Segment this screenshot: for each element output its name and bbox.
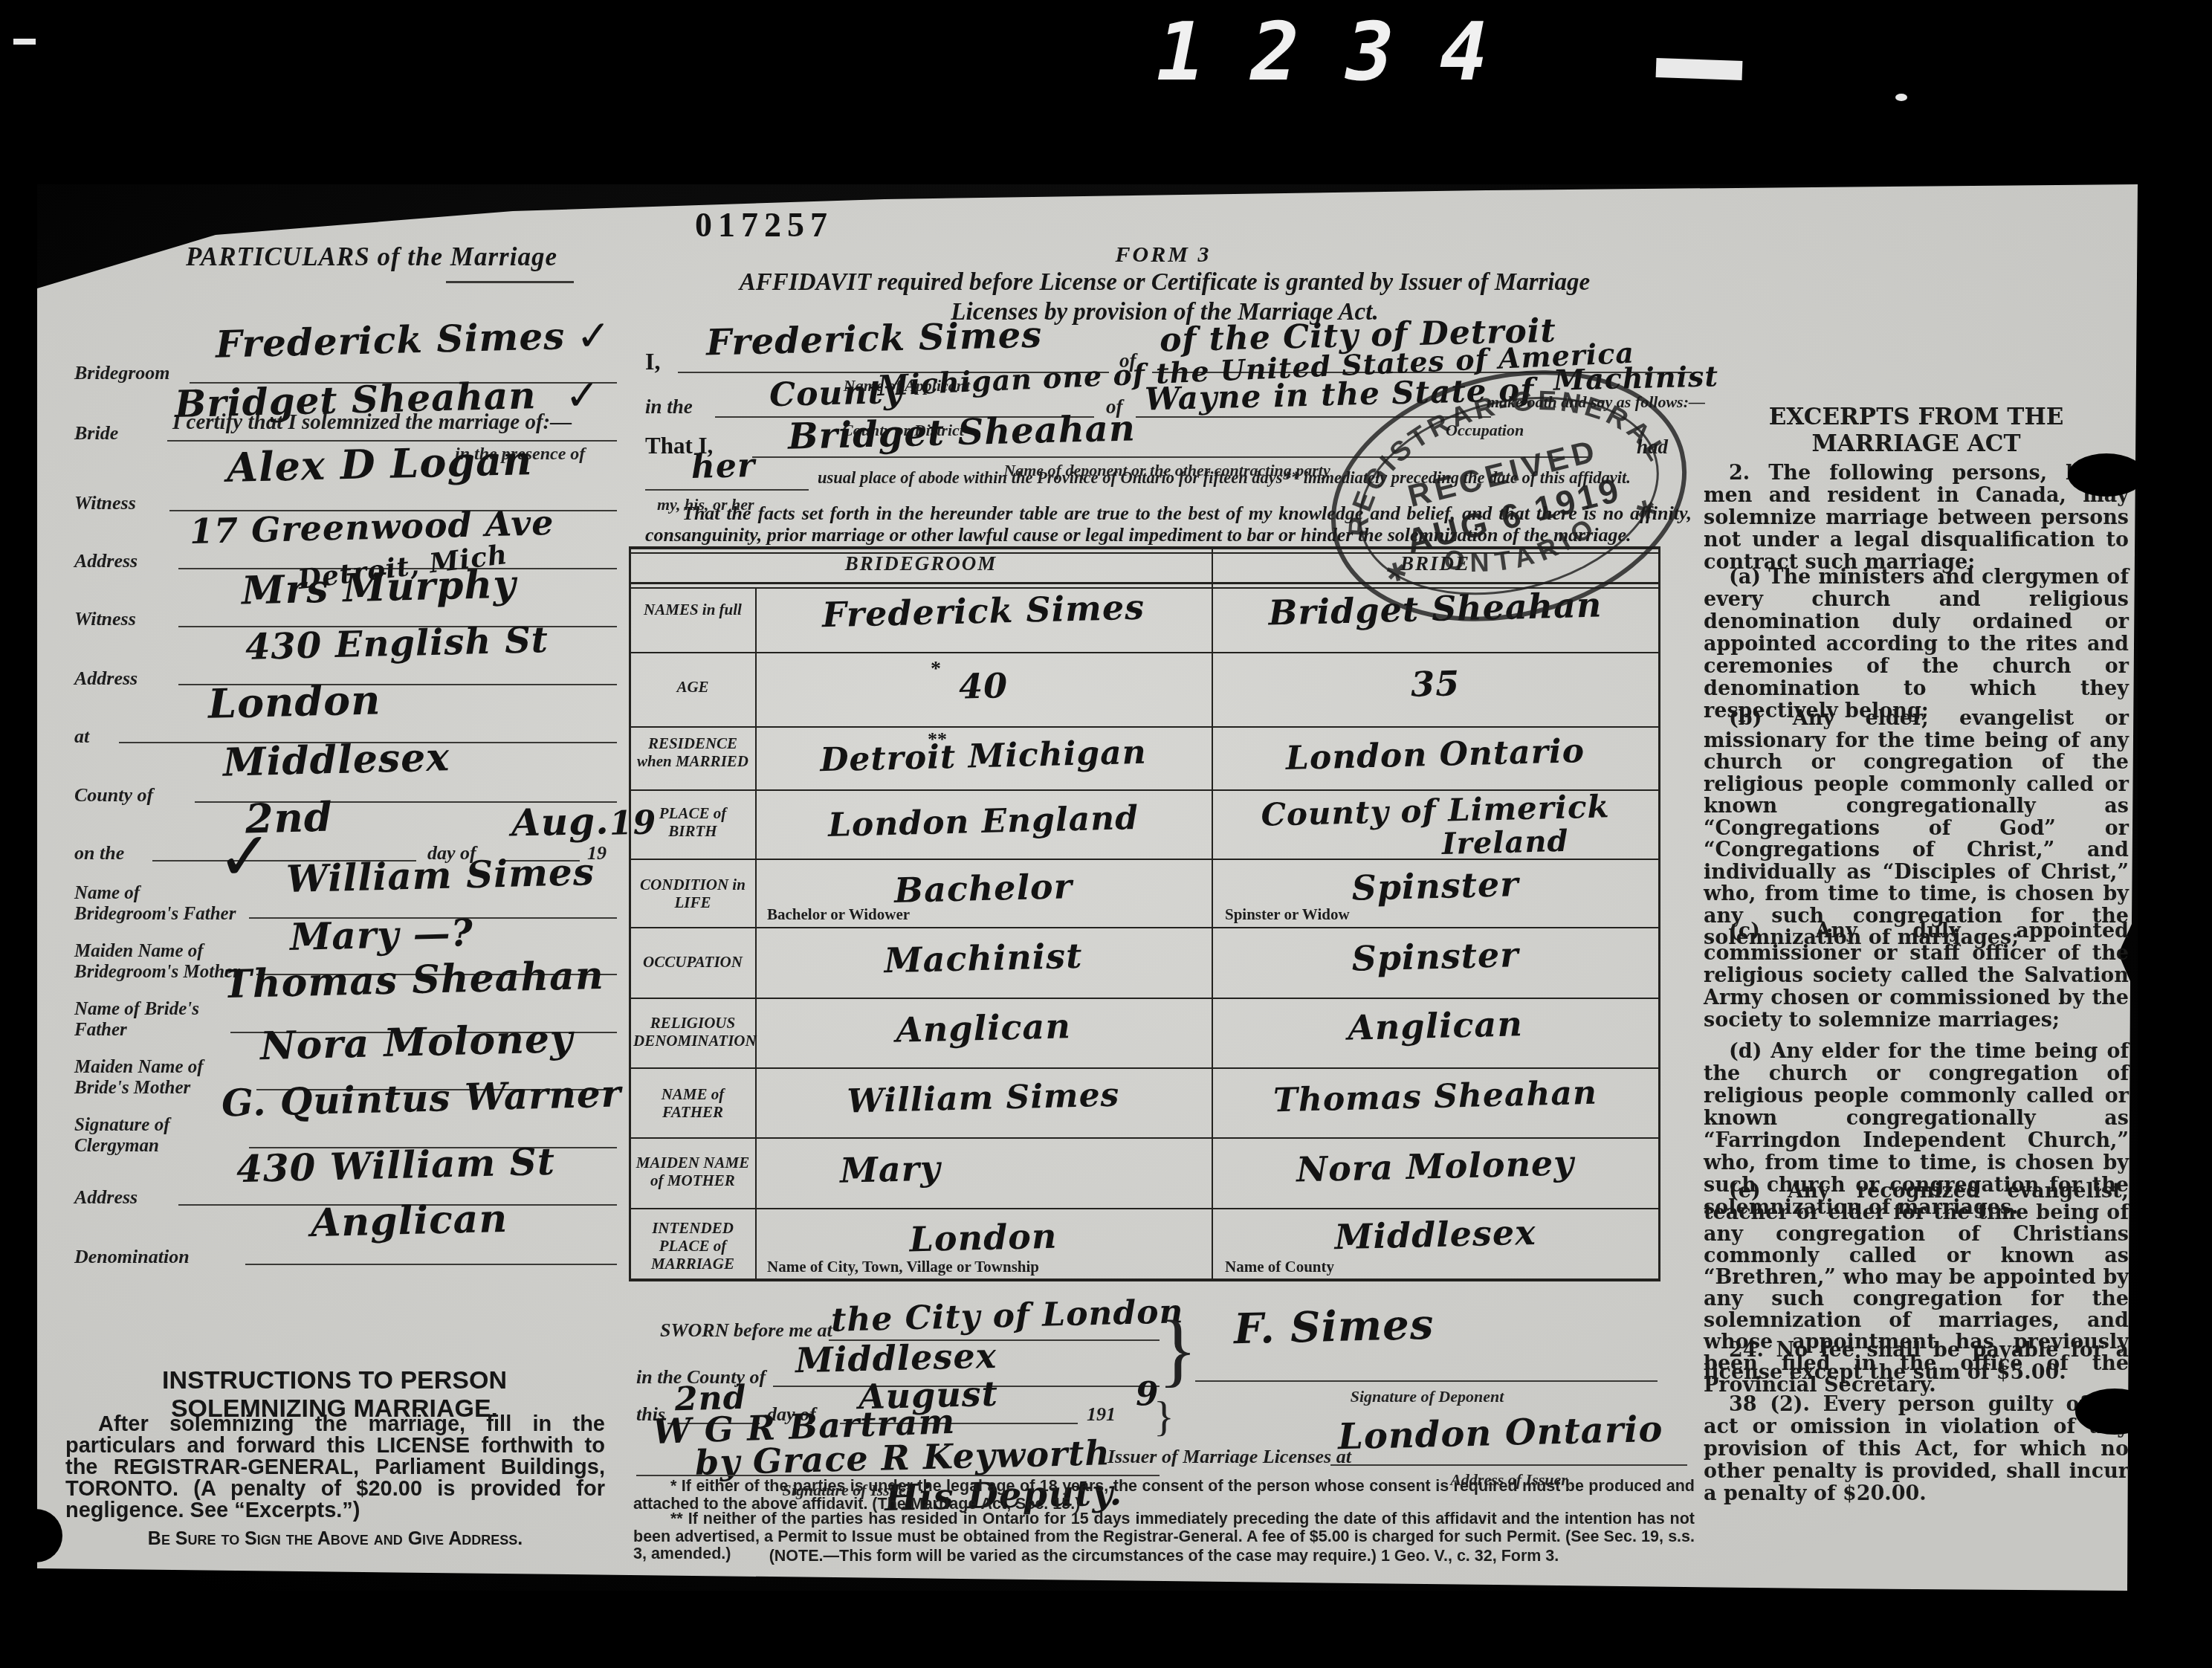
row-line-7 — [629, 1067, 1660, 1069]
address2-handwriting: 430 English St — [245, 619, 549, 668]
punch-hole-top — [2068, 453, 2145, 497]
condition-groom-sublabel: Bachelor or Widower — [767, 905, 910, 924]
table-bottom-border — [629, 1279, 1660, 1281]
excerpt-section-38: 38 (2). Every person guilty of an act or… — [1704, 1394, 2129, 1505]
pronoun-handwriting: her — [691, 447, 755, 486]
issuer-at-line — [1330, 1464, 1687, 1466]
affidavit-title-line1: AFFIDAVIT required before License or Cer… — [641, 269, 1689, 297]
title-underline — [446, 281, 574, 283]
row-line-9 — [629, 1208, 1660, 1209]
row-label-age: AGE — [633, 678, 752, 696]
row-label-occupation: OCCUPATION — [633, 953, 752, 971]
excerpt-clause-c: (c) Any duly appointed commissioner or s… — [1704, 920, 2129, 1032]
bridegroom-father-handwriting: William Simes — [285, 850, 595, 901]
row-label-intended: INTENDED PLACE of MARRIAGE — [633, 1219, 752, 1273]
denomination-line — [245, 1264, 617, 1265]
witness2-handwriting: Mrs Murphy — [241, 561, 517, 613]
stamp-star-right: ✱ — [1632, 495, 1660, 527]
address2-label: Address — [74, 667, 138, 690]
bridegroom-checkmark: ✓ — [575, 311, 612, 361]
row-line-6 — [629, 998, 1660, 999]
bride-column-divider — [1212, 546, 1213, 1280]
table-left-border — [629, 546, 631, 1281]
bridegroom-label: Bridegroom — [74, 362, 170, 384]
birth-bride-handwriting-2: Ireland — [1441, 824, 1569, 862]
issuer-at-handwriting: London Ontario — [1337, 1409, 1663, 1458]
month-handwriting: Aug. — [511, 798, 609, 844]
on-the-label: on the — [74, 842, 124, 864]
bridegroom-column-header: BRIDEGROOM — [632, 555, 1210, 572]
row-label-condition: CONDITION in LIFE — [633, 876, 752, 911]
table-right-border — [1658, 546, 1660, 1281]
address3-handwriting: 430 William St — [236, 1140, 555, 1191]
excerpts-heading: EXCERPTS FROM THE MARRIAGE ACT — [1738, 404, 2095, 457]
sworn-year-prefix: 191 — [1087, 1403, 1116, 1426]
bride-checkmark: ✓ — [564, 371, 601, 420]
punch-hole-bottom — [2075, 1389, 2154, 1435]
particulars-title: PARTICULARS of the Marriage — [126, 242, 617, 272]
excerpt-clause-a: (a) The ministers and clergymen of every… — [1704, 566, 2129, 723]
issuer-at-label: Issuer of Marriage Licenses at — [1107, 1446, 1351, 1468]
deponent-signature-label: Signature of Deponent — [1264, 1387, 1591, 1406]
denomination-label: Denomination — [74, 1246, 190, 1268]
film-scratch — [1656, 58, 1743, 80]
row-label-father: NAME of FATHER — [633, 1085, 752, 1121]
intended-groom-sublabel: Name of City, Town, Village or Township — [767, 1258, 1039, 1276]
row-label-names: NAMES in full — [633, 601, 752, 618]
excerpt-section-24: 24. No fee shall be payable for a licens… — [1704, 1339, 2129, 1384]
excerpt-section-2: 2. The following persons, being men and … — [1704, 462, 2129, 574]
bride-mother-handwriting: Nora Moloney — [259, 1016, 574, 1069]
witness1-handwriting: Alex D Logan — [226, 436, 533, 491]
denomination-handwriting: Anglican — [310, 1196, 508, 1246]
row-label-mother: MAIDEN NAME of MOTHER — [633, 1154, 752, 1189]
address1-label: Address — [74, 550, 138, 572]
bride-name-handwriting: Bridget Sheahan — [174, 373, 537, 426]
serial-number: 017257 — [695, 205, 833, 245]
row-line-8 — [629, 1137, 1660, 1139]
row-line-2 — [629, 726, 1660, 728]
bride-father-label: Name of Bride's Father — [74, 999, 227, 1041]
row-label-residence: RESIDENCE when MARRIED — [633, 734, 752, 770]
film-speck — [1895, 94, 1907, 101]
edge-blot — [9, 1509, 62, 1562]
address3-label: Address — [74, 1186, 138, 1209]
bridegroom-father-label: Name of Bridegroom's Father — [74, 883, 242, 925]
deponent-signature-line — [1195, 1380, 1658, 1382]
clergyman-label: Signature of Clergyman — [74, 1115, 227, 1157]
deponent-handwriting: Bridget Sheahan — [787, 407, 1136, 457]
film-frame-counter: 1234 — [1147, 6, 1542, 99]
sworn-label: SWORN before me at — [660, 1319, 832, 1342]
bridegroom-name-handwriting: Frederick Simes — [215, 314, 566, 366]
instructions-footer: Be Sure to Sign the Above and Give Addre… — [65, 1528, 605, 1550]
row-label-religion: RELIGIOUS DENOMINATION — [633, 1014, 752, 1050]
county-handwriting-affidavit: County — [769, 373, 903, 414]
instructions-body: After solemnizing the marriage, fill in … — [65, 1414, 605, 1522]
sworn-brace-2: } — [1154, 1391, 1174, 1441]
row-label-birth: PLACE of BIRTH — [633, 804, 752, 840]
film-speck-2 — [13, 39, 36, 45]
bride-label: Bride — [74, 422, 118, 445]
witness2-label: Witness — [74, 608, 136, 630]
i-label: I, — [645, 348, 660, 375]
footnote-3: (NOTE.—This form will be varied as the c… — [633, 1548, 1695, 1565]
witness1-label: Witness — [74, 492, 136, 514]
sworn-brace: } — [1158, 1302, 1197, 1397]
at-label: at — [74, 725, 89, 748]
microfilm-frame: 1234 PARTICULARS of the Marriage I certi… — [0, 0, 2212, 1668]
at-handwriting: London — [207, 676, 381, 728]
footnote-1: * If either of the parties is under the … — [633, 1478, 1695, 1513]
county-handwriting: Middlesex — [222, 734, 450, 785]
bride-father-handwriting: Thomas Sheahan — [222, 953, 604, 1008]
form-number: FORM 3 — [1015, 242, 1312, 268]
county-of-label: County of — [74, 784, 153, 806]
mother-groom-handwriting: Mary — [839, 1148, 941, 1190]
father-checkmark: ✓ — [216, 817, 275, 896]
in-the-label: in the — [645, 395, 693, 418]
applicant-name-handwriting: Frederick Simes — [705, 314, 1042, 363]
pronoun-line — [645, 489, 809, 491]
registrar-general-stamp: REGISTRAR-GENERAL RECEIVED AUG 6 1919 ON… — [1316, 336, 1702, 656]
row-line-5 — [629, 927, 1660, 928]
stamp-star-left: ✱ — [1383, 557, 1411, 589]
bridegroom-mother-handwriting: Mary —? — [289, 911, 473, 959]
intended-bride-sublabel: Name of County — [1225, 1258, 1334, 1276]
deponent-signature-handwriting: F. Simes — [1233, 1300, 1435, 1354]
condition-bride-sublabel: Spinster or Widow — [1225, 905, 1350, 924]
excerpt-clause-b: (b) Any elder, evangelist or missionary … — [1704, 708, 2129, 949]
label-column-divider — [755, 587, 757, 1280]
